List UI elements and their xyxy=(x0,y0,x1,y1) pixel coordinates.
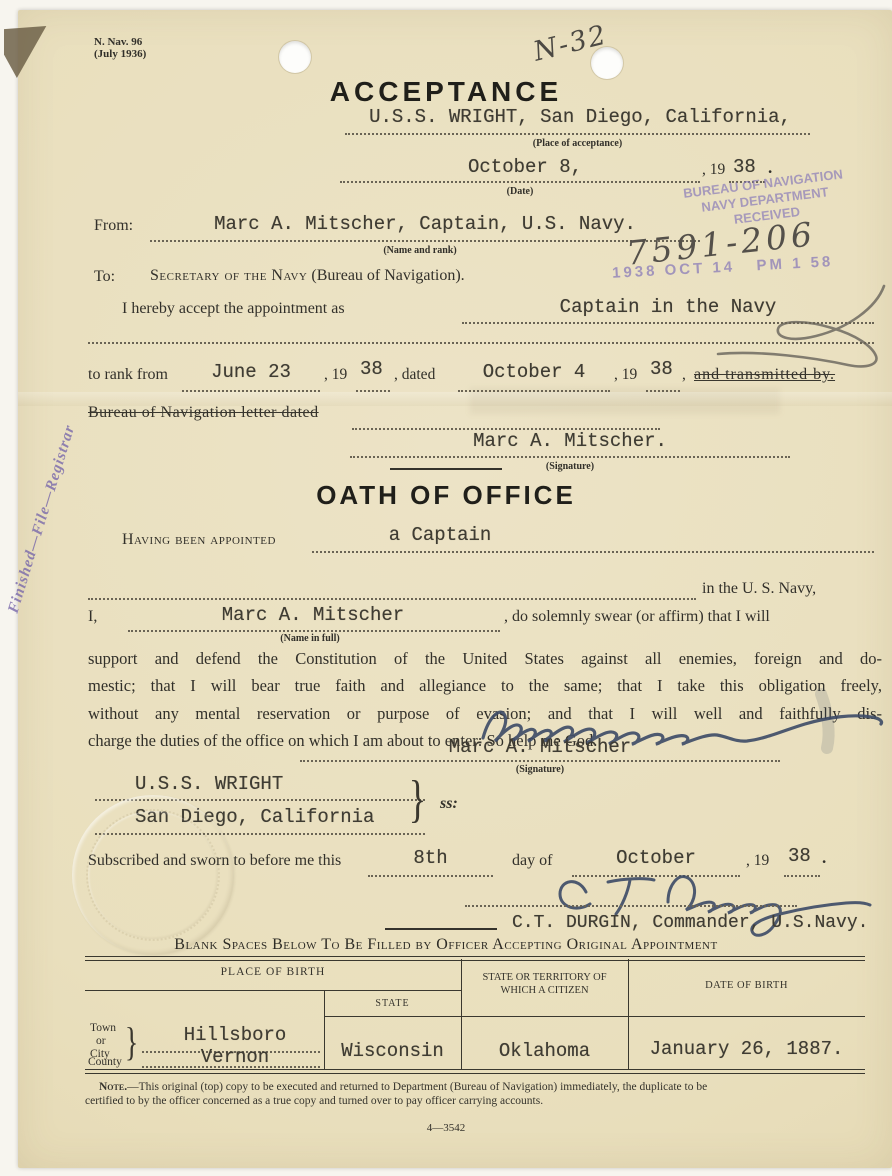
signature-line-acceptance xyxy=(350,456,790,458)
date-caption: (Date) xyxy=(460,186,580,197)
acceptance-title: ACCEPTANCE xyxy=(0,76,892,108)
form-number: N. Nav. 96 (July 1936) xyxy=(94,36,146,60)
state-header: STATE xyxy=(324,998,461,1009)
county-value: Vernon xyxy=(150,1046,320,1068)
rank-year-prefix: , 19 xyxy=(324,366,347,384)
state-value: Wisconsin xyxy=(320,1040,465,1062)
scanned-document-page: N. Nav. 96 (July 1936) N-32 ACCEPTANCE U… xyxy=(0,0,892,1176)
sworn-day-line xyxy=(368,875,493,877)
dated-label: , dated xyxy=(394,366,435,384)
bureau-struck-text: Bureau of Navigation letter dated xyxy=(88,404,319,422)
officer-rule xyxy=(385,928,497,930)
citizen-value: Oklahoma xyxy=(461,1040,628,1062)
signature-line-oath xyxy=(300,760,780,762)
paper-crease xyxy=(18,392,892,406)
town-brace: } xyxy=(125,1018,138,1065)
venue-brace: } xyxy=(409,770,426,829)
place-of-acceptance-line xyxy=(345,133,810,135)
signature-caption-acceptance: (Signature) xyxy=(470,461,670,472)
town-label-line2: or xyxy=(90,1035,116,1048)
rank-year-value: 38 xyxy=(360,358,383,380)
blank-spaces-heading: Blank Spaces Below To Be Filled by Offic… xyxy=(0,936,892,954)
town-label-line1: Town xyxy=(90,1022,116,1035)
typed-signature-oath: Marc A. Mitscher xyxy=(310,736,770,758)
appointment-value: Captain in the Navy xyxy=(462,296,874,318)
appointment-continuation-line xyxy=(88,342,874,344)
date-year-value: 38 xyxy=(733,156,756,178)
date-year-prefix: , 19 xyxy=(702,161,725,179)
print-code: 4—3542 xyxy=(0,1122,892,1134)
navy-continuation-line xyxy=(88,598,696,600)
swear-suffix: , do solemnly swear (or affirm) that I w… xyxy=(504,608,770,626)
sworn-prefix: Subscribed and sworn to before me this xyxy=(88,852,341,870)
oath-name-line xyxy=(128,630,500,632)
officer-typed: C.T. DURGIN, Commander, U.S.Navy. xyxy=(512,913,868,933)
venue-ship: U.S.S. WRIGHT xyxy=(135,773,283,795)
place-of-acceptance-caption: (Place of acceptance) xyxy=(345,138,810,149)
form-number-line2: (July 1936) xyxy=(94,48,146,60)
from-label: From: xyxy=(94,217,133,235)
transmitted-comma: , xyxy=(682,366,686,384)
note-line-1: Note.—This original (top) copy to be exe… xyxy=(85,1080,873,1094)
county-value-line xyxy=(142,1066,320,1068)
to-value-smallcaps: Secretary of the Navy xyxy=(150,267,307,284)
note-text: Note.—This original (top) copy to be exe… xyxy=(85,1080,873,1108)
oath-name-value: Marc A. Mitscher xyxy=(128,604,498,626)
oath-title: OATH OF OFFICE xyxy=(0,480,892,511)
dated-year-prefix: , 19 xyxy=(614,366,637,384)
typed-signature-acceptance: Marc A. Mitscher. xyxy=(355,430,785,452)
dob-header: DATE OF BIRTH xyxy=(628,980,865,991)
table-border-top xyxy=(85,956,865,961)
from-line xyxy=(150,240,700,242)
citizen-header-line1: STATE OR TERRITORY OF xyxy=(461,972,628,983)
from-caption: (Name and rank) xyxy=(270,245,570,256)
signature-rule xyxy=(390,468,502,470)
to-value: Secretary of the Navy (Bureau of Navigat… xyxy=(150,267,465,285)
sworn-day-value: 8th xyxy=(368,847,493,869)
appointed-label: Having been appointed xyxy=(122,531,276,549)
appointment-line xyxy=(462,322,874,324)
signature-caption-oath: (Signature) xyxy=(450,764,630,775)
day-of-label: day of xyxy=(512,852,552,870)
town-value: Hillsboro xyxy=(150,1024,320,1046)
dated-year-value: 38 xyxy=(650,358,673,380)
form-number-line1: N. Nav. 96 xyxy=(94,36,146,48)
oath-body-line-1: support and defend the Constitution of t… xyxy=(88,645,882,672)
note-prefix: Note. xyxy=(99,1081,127,1093)
rank-date-value: June 23 xyxy=(182,361,320,383)
dated-value: October 4 xyxy=(458,361,610,383)
date-line xyxy=(340,181,700,183)
pencil-flourish xyxy=(600,280,892,380)
embossed-seal-inner-ring xyxy=(86,809,220,941)
dob-value: January 26, 1887. xyxy=(628,1038,865,1060)
citizen-header-line2: WHICH A CITIZEN xyxy=(461,985,628,996)
rank-from-label: to rank from xyxy=(88,366,168,384)
punch-hole-left xyxy=(279,41,311,73)
appointed-line xyxy=(312,551,874,553)
table-hline-subheaders xyxy=(324,1016,865,1017)
to-value-rest: (Bureau of Navigation). xyxy=(311,267,464,284)
table-border-bottom xyxy=(85,1069,865,1074)
embossed-seal xyxy=(72,795,234,955)
date-value: October 8, xyxy=(360,156,690,178)
from-value: Marc A. Mitscher, Captain, U.S. Navy. xyxy=(150,213,700,235)
county-label: County xyxy=(88,1056,122,1068)
note-line1-rest: —This original (top) copy to be executed… xyxy=(127,1081,707,1093)
transmitted-struck-text: and transmitted by. xyxy=(694,366,835,384)
note-line-2: certified to by the officer concerned as… xyxy=(85,1094,873,1108)
table-hline-pob xyxy=(85,990,461,991)
appointed-value: a Captain xyxy=(330,524,550,546)
place-of-birth-header: PLACE OF BIRTH xyxy=(85,966,461,978)
oath-name-caption: (Name in full) xyxy=(210,633,410,644)
ss-abbreviation: ss: xyxy=(440,795,458,813)
durgin-signature-line xyxy=(465,905,797,907)
place-of-acceptance-value: U.S.S. WRIGHT, San Diego, California, xyxy=(350,106,810,128)
navy-suffix: in the U. S. Navy, xyxy=(702,580,816,598)
i-label: I, xyxy=(88,608,97,626)
accept-text: I hereby accept the appointment as xyxy=(122,300,345,318)
to-label: To: xyxy=(94,268,115,286)
